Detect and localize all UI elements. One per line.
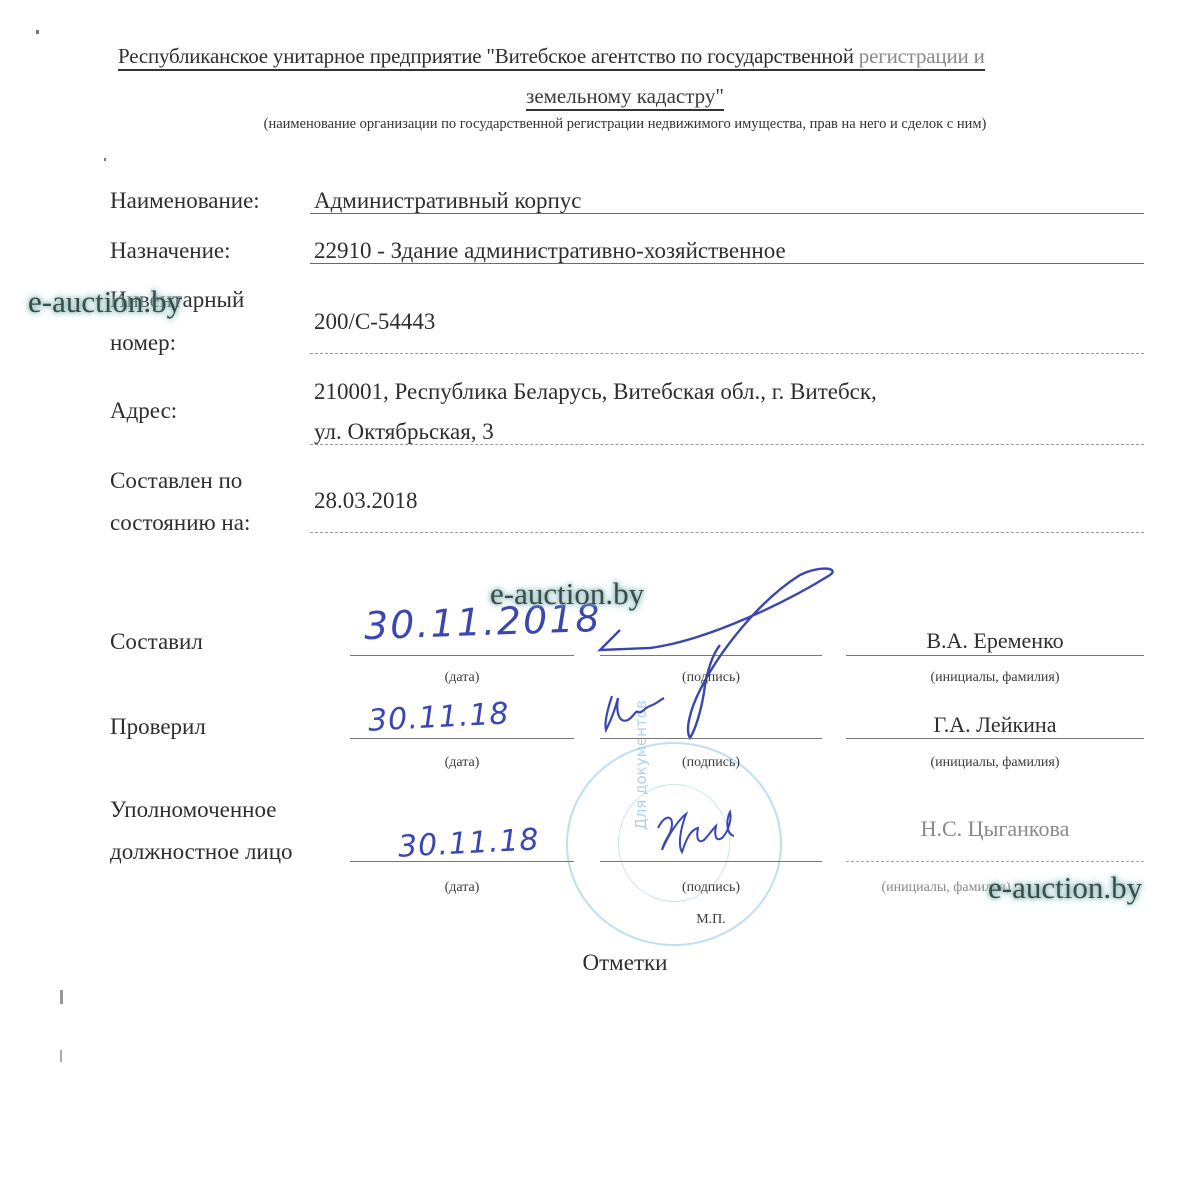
field-value-purpose: 22910 - Здание административно-хозяйстве… [314,229,786,272]
field-value-as-of-date: 28.03.2018 [314,479,418,522]
scan-speck [60,990,63,1004]
scan-speck [60,1050,62,1062]
date-caption: (дата) [350,880,574,896]
handwritten-date: 30.11.18 [367,696,510,738]
watermark-text: e-auction.by [490,576,644,612]
signatory-name: В.А. Еременко [846,628,1144,654]
organization-name-line1: Республиканское унитарное предприятие "В… [118,44,1130,69]
date-line [350,655,574,656]
signatory-name: Н.С. Цыганкова [846,816,1144,842]
field-value-name: Административный корпус [314,179,582,222]
organization-name-line2-text: земельному кадастру" [526,84,724,111]
name-caption: (инициалы, фамилия) [846,755,1144,771]
signature-caption: (подпись) [600,880,822,896]
handwritten-signature-icon [598,690,678,736]
name-caption: (инициалы, фамилия) [846,670,1144,686]
signature-caption: (подпись) [600,755,822,771]
signature-line [600,738,822,739]
field-label-address: Адрес: [110,389,177,432]
date-caption: (дата) [350,670,574,686]
field-label-as-of-line1: Составлен по [110,459,242,502]
field-underline [310,353,1144,354]
field-label-as-of-line2: состоянию на: [110,501,250,544]
signature-caption: (подпись) [600,670,822,686]
field-underline [310,532,1144,533]
organization-caption: (наименование организации по государстве… [0,116,1200,133]
field-underline [310,444,1144,445]
seal-caption: М.П. [600,912,822,928]
watermark-text: e-auction.by [28,284,182,320]
signature-role-authorized-line1: Уполномоченное [110,788,276,831]
date-line [350,861,574,862]
remarks-heading: Отметки [0,950,1200,976]
name-line [846,861,1144,862]
scan-speck [104,158,106,161]
name-line [846,655,1144,656]
signature-role-authorized-line2: должностное лицо [110,830,293,873]
watermark-text: e-auction.by [988,870,1142,906]
field-label-purpose: Назначение: [110,229,231,272]
name-line [846,738,1144,739]
field-label-inventory-line2: номер: [110,321,176,364]
signatory-name: Г.А. Лейкина [846,712,1144,738]
organization-name-text-faded: регистрации и [859,44,985,68]
field-value-address-line1: 210001, Республика Беларусь, Витебская о… [314,370,877,413]
field-value-inventory-number: 200/С-54443 [314,300,435,343]
handwritten-date: 30.11.18 [397,822,540,864]
date-caption: (дата) [350,755,574,771]
date-line [350,738,574,739]
organization-name-line2: земельному кадастру" [0,84,1200,109]
field-label-name: Наименование: [110,179,260,222]
signature-role-compiled: Составил [110,620,203,663]
organization-name-text: Республиканское унитарное предприятие "В… [118,44,859,68]
scan-speck [36,30,39,34]
handwritten-signature-icon [650,800,750,870]
field-underline [310,263,1144,264]
signature-role-checked: Проверил [110,705,206,748]
field-underline [310,213,1144,214]
field-value-address-line2: ул. Октябрьская, 3 [314,410,494,453]
